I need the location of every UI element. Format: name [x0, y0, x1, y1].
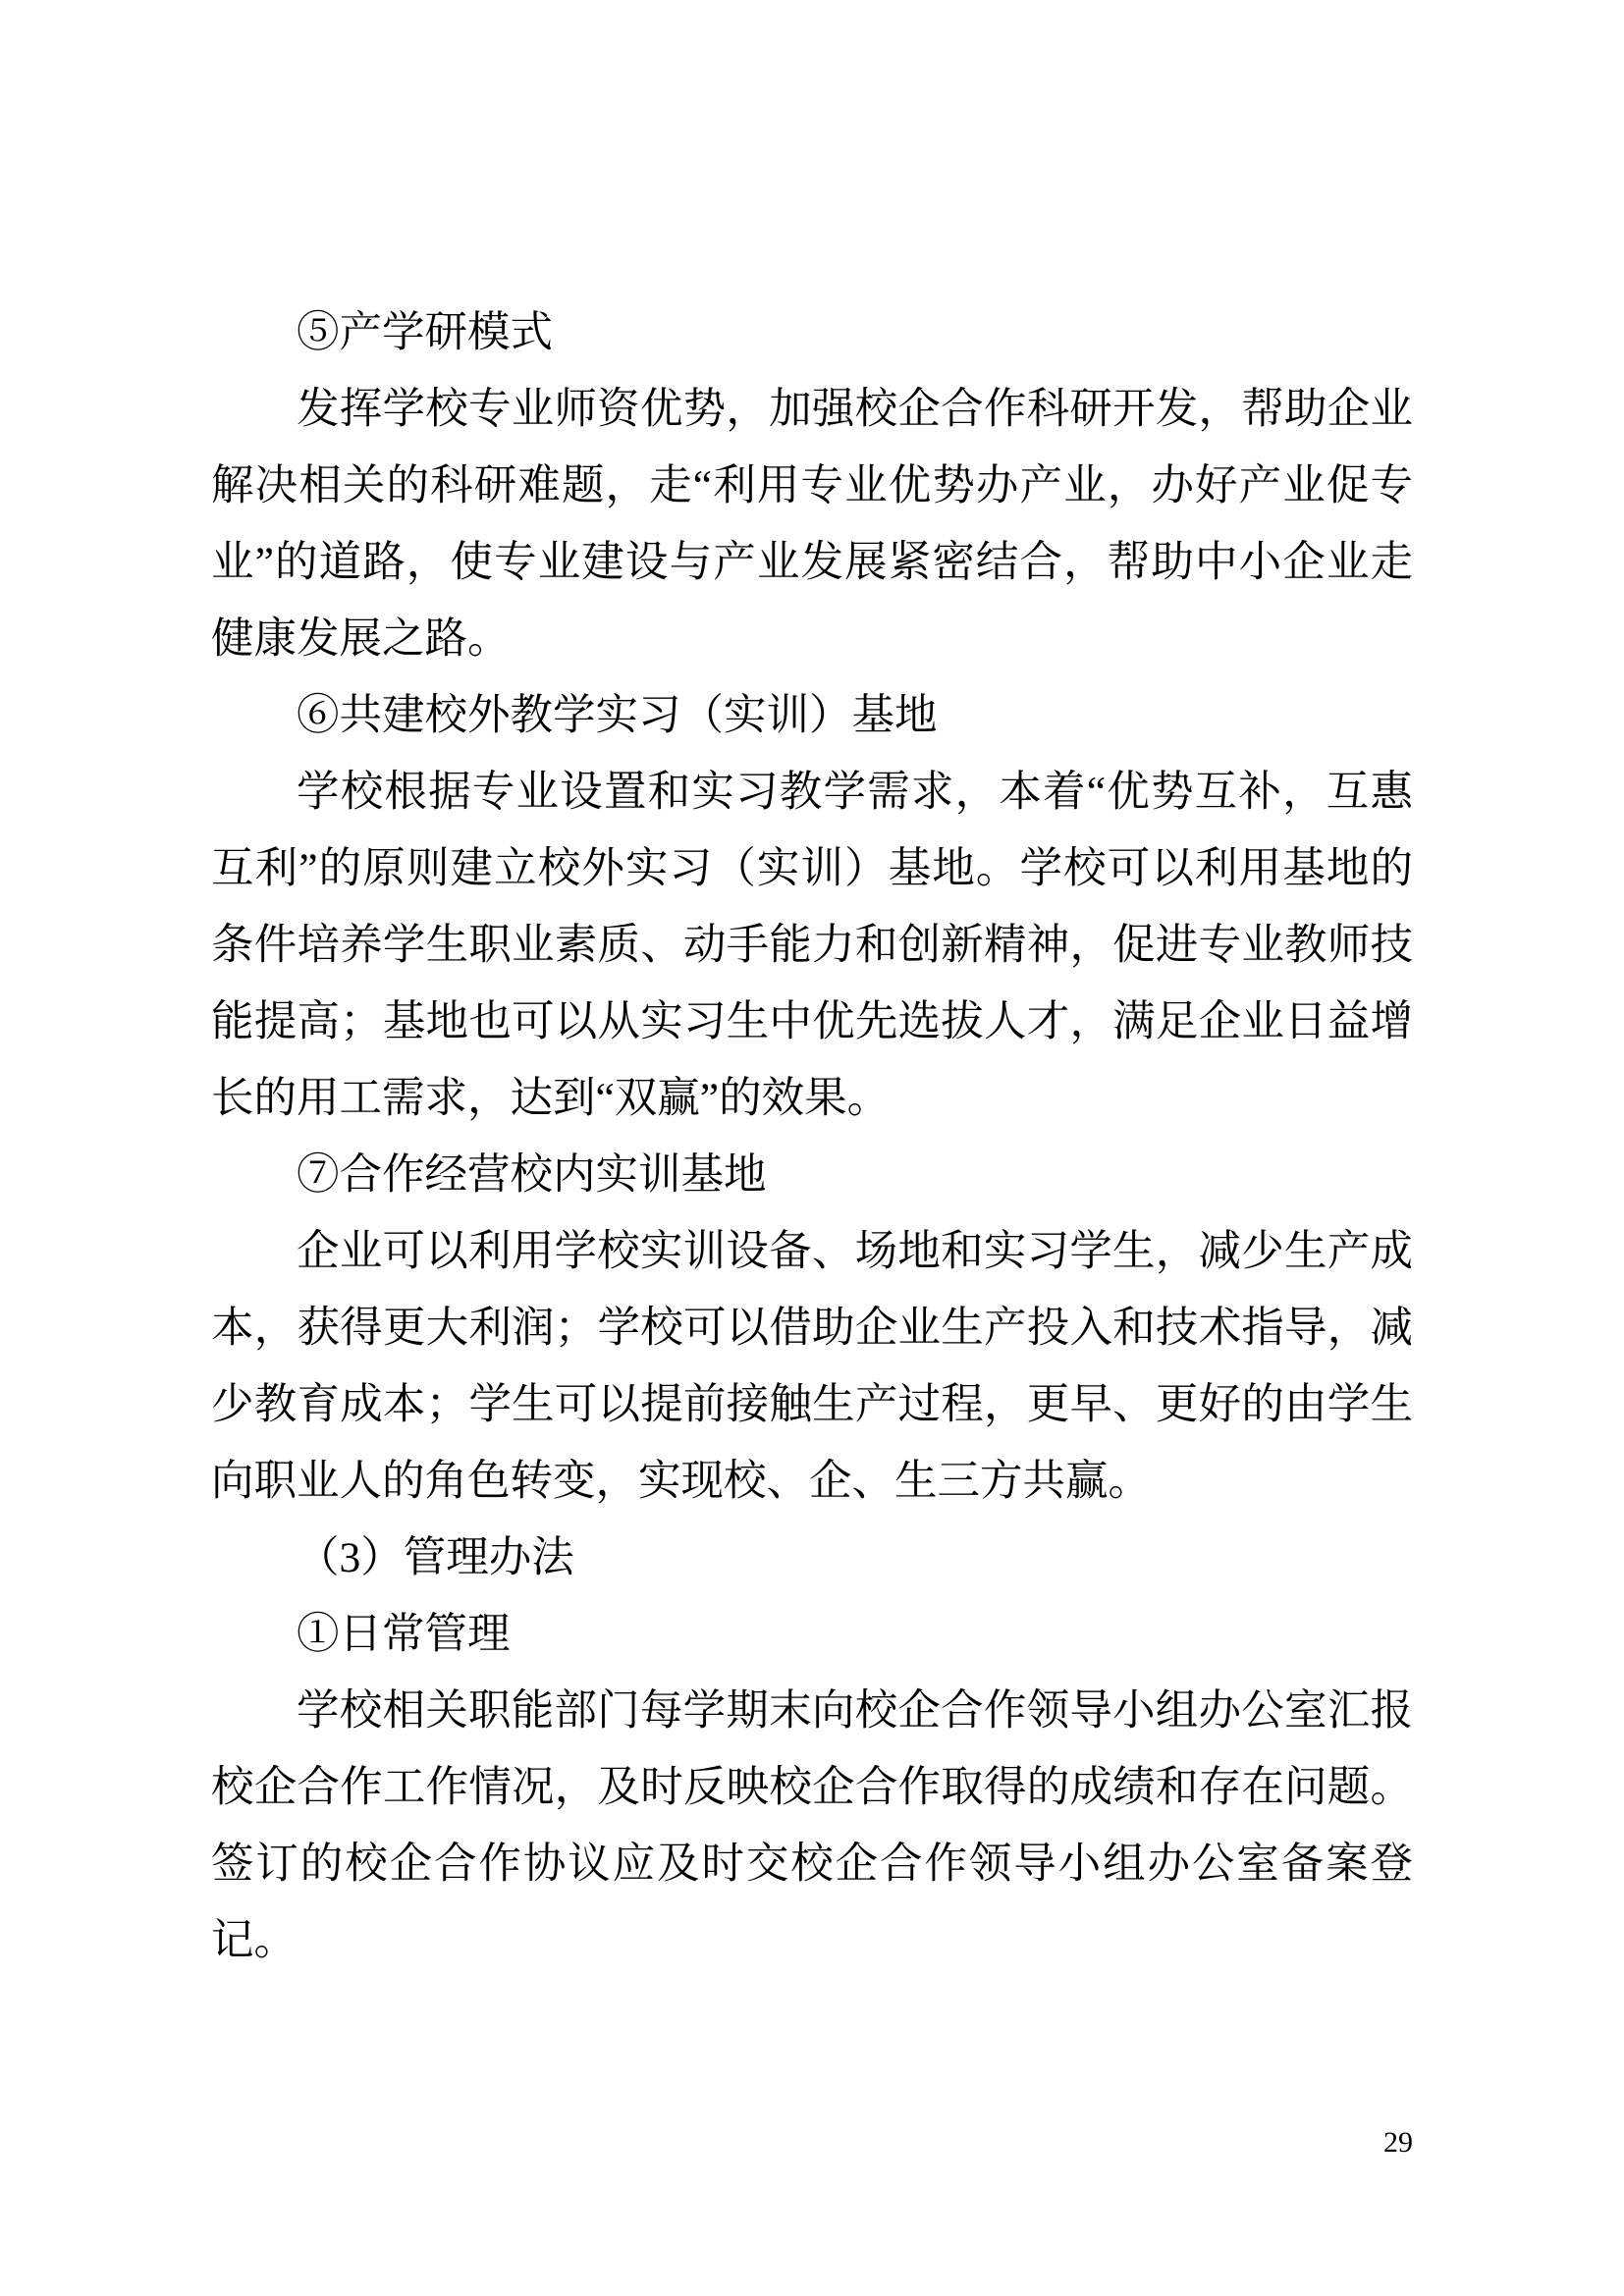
- heading-item-5: ⑤产学研模式: [211, 294, 1413, 371]
- heading-daily-management: ①日常管理: [211, 1596, 1413, 1673]
- paragraph-off-campus-practice-base: 学校根据专业设置和实习教学需求，本着“优势互补，互惠互利”的原则建立校外实习（实…: [211, 754, 1413, 1137]
- page-number: 29: [1383, 2126, 1413, 2159]
- paragraph-on-campus-training-base: 企业可以利用学校实训设备、场地和实习学生，减少生产成本，获得更大利润；学校可以借…: [211, 1213, 1413, 1520]
- heading-management-methods: （3）管理办法: [211, 1520, 1413, 1596]
- heading-item-7: ⑦合作经营校内实训基地: [211, 1137, 1413, 1213]
- paragraph-industry-study-research: 发挥学校专业师资优势，加强校企合作科研开发，帮助企业解决相关的科研难题，走“利用…: [211, 371, 1413, 677]
- document-page: ⑤产学研模式 发挥学校专业师资优势，加强校企合作科研开发，帮助企业解决相关的科研…: [0, 0, 1624, 2296]
- heading-item-6: ⑥共建校外教学实习（实训）基地: [211, 677, 1413, 754]
- page-footer: 29: [211, 2126, 1413, 2160]
- document-body: ⑤产学研模式 发挥学校专业师资优势，加强校企合作科研开发，帮助企业解决相关的科研…: [211, 294, 1413, 1979]
- paragraph-daily-management: 学校相关职能部门每学期末向校企合作领导小组办公室汇报校企合作工作情况，及时反映校…: [211, 1673, 1413, 1979]
